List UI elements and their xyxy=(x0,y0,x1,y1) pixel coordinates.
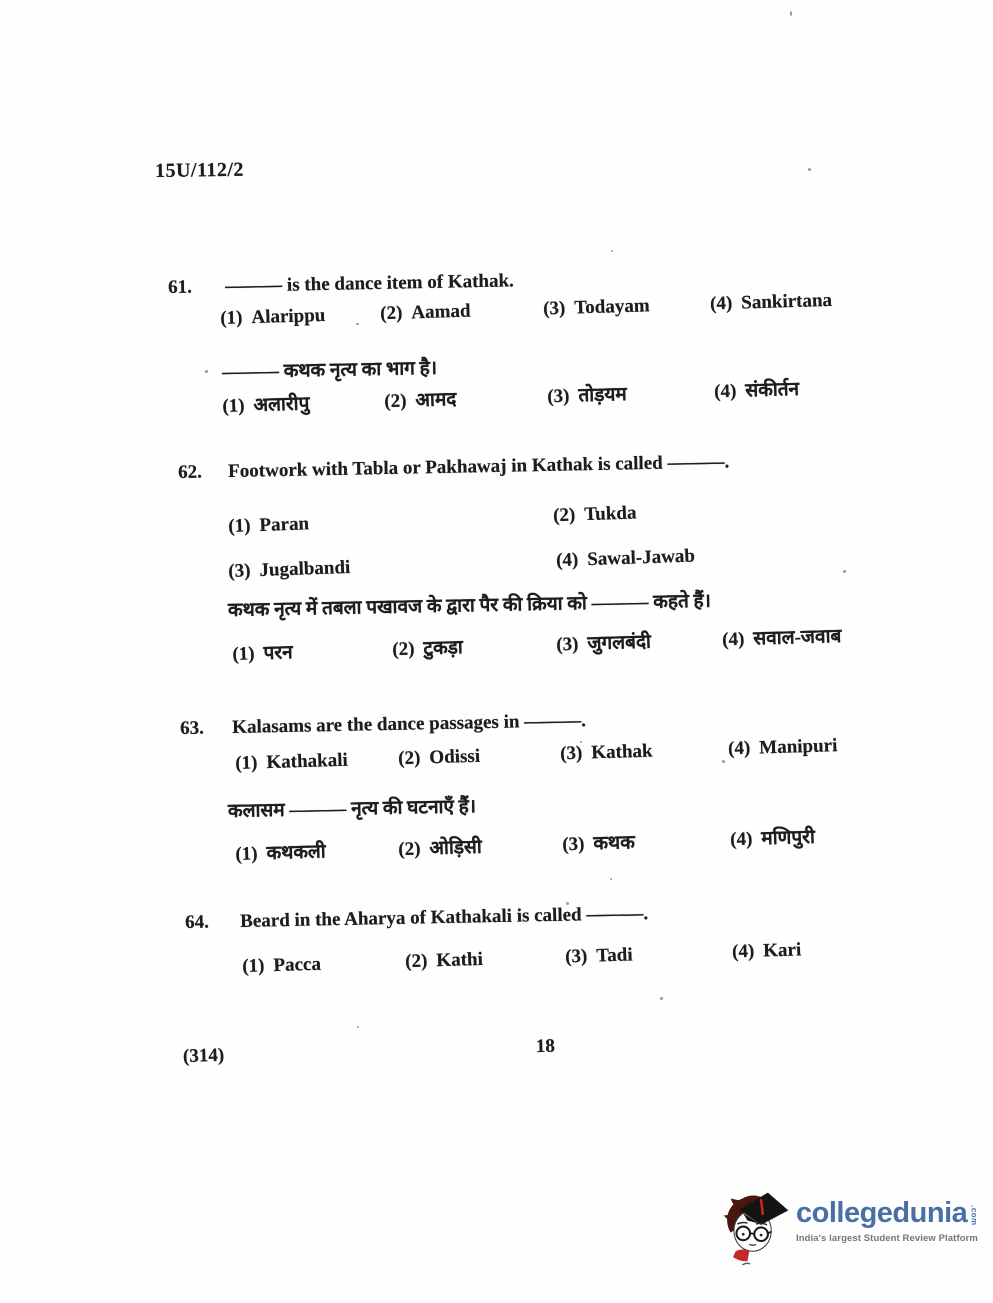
scan-speck xyxy=(660,997,663,1000)
option: (4)Manipuri xyxy=(728,735,838,760)
scan-speck xyxy=(357,1026,359,1028)
question-number: 63. xyxy=(180,718,204,740)
option: (2)Odissi xyxy=(398,746,480,770)
scan-speck xyxy=(611,250,613,252)
scan-speck xyxy=(610,878,612,880)
option: (2)टुकड़ा xyxy=(392,633,463,661)
brand-name: collegedunia xyxy=(796,1199,967,1228)
option: (4)संकीर्तन xyxy=(714,375,800,404)
question-stem-en: Beard in the Aharya of Kathakali is call… xyxy=(240,903,648,933)
scan-speck xyxy=(356,323,359,325)
option: (2)Tukda xyxy=(553,502,637,527)
question-number: 61. xyxy=(168,277,192,299)
scan-speck xyxy=(580,741,582,743)
option: (3)Todayam xyxy=(543,295,650,320)
collegedunia-mascot-icon xyxy=(722,1183,790,1271)
scan-speck xyxy=(722,760,725,763)
question-stem-en: Footwork with Tabla or Pakhawaj in Katha… xyxy=(228,451,729,483)
question-number: 64. xyxy=(185,912,209,934)
option: (1)परन xyxy=(232,638,293,666)
scan-speck xyxy=(843,570,846,573)
booklet-code: (314) xyxy=(183,1045,225,1067)
option: (3)तोड़यम xyxy=(547,380,627,408)
option: (3)Kathak xyxy=(560,741,653,766)
option: (2)आमद xyxy=(384,385,457,413)
question-61-stem-hi: ——— कथक नृत्य का भाग है। xyxy=(222,354,437,384)
option: (4)मणिपुरी xyxy=(730,823,815,852)
option: (1)Alarippu xyxy=(220,305,326,330)
option: (1)Paran xyxy=(228,513,309,538)
option: (4)Sawal-Jawab xyxy=(556,546,695,573)
option: (2)Aamad xyxy=(380,301,471,326)
question-stem-en: Kalasams are the dance passages in ———. xyxy=(232,710,586,739)
question-63-stem-hi: कलासम ——— नृत्य की घटनाएँ हैं। xyxy=(228,792,476,823)
page-number: 18 xyxy=(536,1036,556,1059)
question-number: 62. xyxy=(178,462,202,484)
option: (1)Kathakali xyxy=(235,750,348,775)
scan-speck xyxy=(205,370,208,373)
option: (2)Kathi xyxy=(405,949,483,973)
brand-tld: .com xyxy=(969,1205,978,1226)
option: (1)Pacca xyxy=(242,954,321,978)
question-stem-en: ——— is the dance item of Kathak. xyxy=(225,270,514,298)
option: (4)Sankirtana xyxy=(710,290,833,316)
scan-speck xyxy=(790,11,792,16)
option: (3)कथक xyxy=(562,828,635,856)
question-62-stem-hi: कथक नृत्य में तबला पखावज के द्वारा पैर क… xyxy=(228,587,711,622)
paper-code: 15U/112/2 xyxy=(155,159,244,183)
scan-speck xyxy=(566,902,569,905)
scanned-exam-page: 15U/112/2 61. ——— is the dance item of K… xyxy=(0,0,993,1303)
option: (1)अलारीपु xyxy=(222,389,310,418)
option: (1)कथकली xyxy=(235,837,326,866)
option: (3)Tadi xyxy=(565,944,633,968)
scan-speck xyxy=(808,168,811,171)
footer-row: (314) 18 xyxy=(183,1045,225,1068)
option: (3)जुगलबंदी xyxy=(556,628,651,657)
paper-code-text: 15U/112/2 xyxy=(155,159,244,182)
option: (4)सवाल-जवाब xyxy=(722,622,842,652)
collegedunia-logo: collegedunia .com India's largest Studen… xyxy=(722,1183,990,1278)
option: (2)ओड़िसी xyxy=(398,833,482,861)
brand-tagline: India's largest Student Review Platform xyxy=(796,1233,978,1244)
logo-text: collegedunia .com India's largest Studen… xyxy=(796,1199,978,1244)
option: (4)Kari xyxy=(732,939,802,963)
option: (3)Jugalbandi xyxy=(228,557,351,583)
